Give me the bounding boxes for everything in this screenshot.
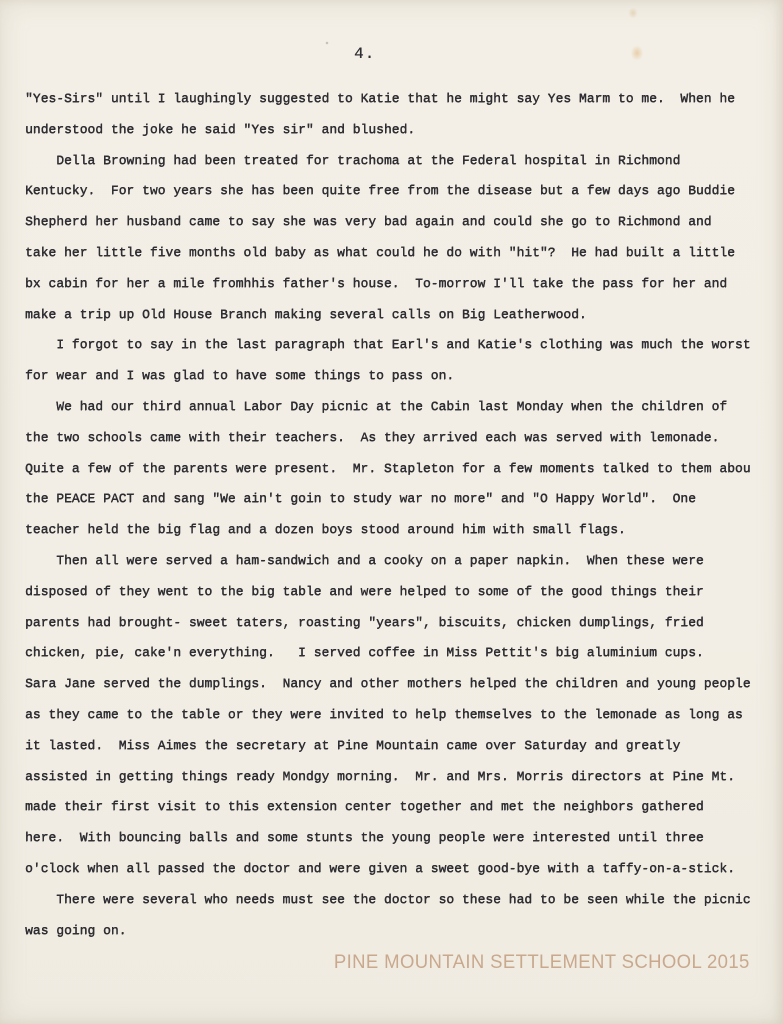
paragraph: There were several who needs must see th…	[25, 885, 770, 947]
paragraph: Then all were served a ham-sandwich and …	[25, 546, 770, 885]
archive-watermark: PINE MOUNTAIN SETTLEMENT SCHOOL 2015	[334, 951, 750, 974]
page-number: 4.	[354, 45, 375, 63]
paragraph: I forgot to say in the last paragraph th…	[25, 330, 770, 392]
scanned-document-page: 4. "Yes-Sirs" until I laughingly suggest…	[0, 0, 783, 1024]
paragraph: Della Browning had been treated for trac…	[25, 146, 770, 331]
paragraph: "Yes-Sirs" until I laughingly suggested …	[25, 84, 770, 146]
paragraph: We had our third annual Labor Day picnic…	[25, 392, 770, 546]
document-body: "Yes-Sirs" until I laughingly suggested …	[25, 84, 770, 946]
